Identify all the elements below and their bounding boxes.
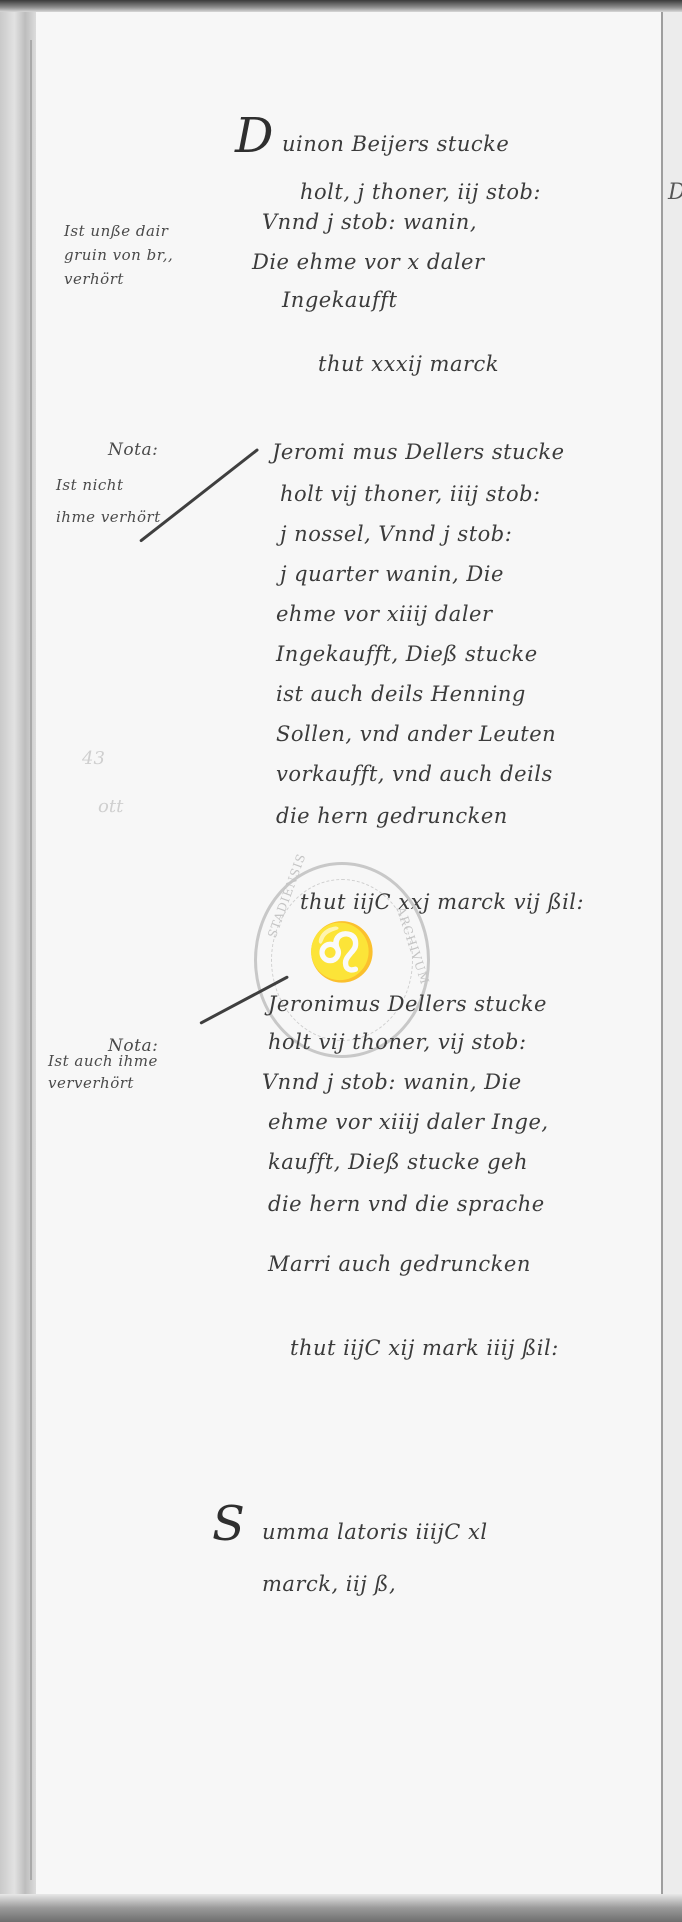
margin-note-line: ververhört — [48, 1074, 134, 1092]
entry-line: die hern vnd die sprache — [268, 1192, 545, 1216]
next-page-sliver — [663, 10, 682, 1900]
entry-total: thut xxxij marck — [318, 352, 499, 376]
entry-line: holt vij thoner, vij stob: — [268, 1030, 527, 1054]
entry-line: holt, j thoner, iij stob: — [300, 180, 541, 204]
top-page-edge — [0, 0, 682, 12]
decorated-initial: S — [212, 1500, 245, 1548]
entry-line: Vnnd j stob: wanin, — [262, 210, 477, 234]
entry-line: j quarter wanin, Die — [280, 562, 504, 586]
margin-note-line: Ist nicht — [56, 476, 123, 494]
entry-line: Sollen, vnd ander Leuten — [276, 722, 556, 746]
entry-line: holt vij thoner, iiij stob: — [280, 482, 541, 506]
spine-edge-line — [30, 40, 32, 1880]
entry-line: Vnnd j stob: wanin, Die — [262, 1070, 522, 1094]
decorated-initial: D — [235, 112, 273, 160]
entry-line: Jeronimus Dellers stucke — [268, 992, 547, 1016]
lion-emblem-icon: ♌ — [307, 925, 377, 981]
entry-line: Die ehme vor x daler — [252, 250, 485, 274]
margin-note-line: ihme verhört — [56, 508, 161, 526]
margin-note-line: verhört — [64, 270, 124, 288]
entry-total: thut iijC xij mark iiij ßil: — [290, 1336, 559, 1360]
entry-line: vorkaufft, vnd auch deils — [276, 762, 553, 786]
bleed-through-mark: ott — [98, 796, 123, 817]
margin-note-line: Ist unße dair — [64, 222, 168, 240]
entry-line: ehme vor xiiij daler Inge, — [268, 1110, 549, 1134]
entry-line: Ingekaufft, Dieß stucke — [276, 642, 538, 666]
entry-line: Jeromi mus Dellers stucke — [272, 440, 565, 464]
entry-line: uinon Beijers stucke — [282, 132, 509, 156]
entry-line: ehme vor xiiij daler — [276, 602, 493, 626]
entry-line: kaufft, Dieß stucke geh — [268, 1150, 528, 1174]
entry-line: die hern gedruncken — [276, 804, 508, 828]
next-page-fragment: D — [668, 180, 682, 205]
nota-label: Nota: — [108, 440, 158, 460]
entry-line: ist auch deils Henning — [276, 682, 526, 706]
bleed-through-mark: 43 — [82, 748, 105, 769]
entry-line: Ingekaufft — [282, 288, 397, 312]
manuscript-scan: D 43 ott D uinon Beijers stucke holt, j … — [0, 0, 682, 1922]
summa-line: marck, iij ß, — [262, 1572, 396, 1596]
margin-note-line: gruin von br,, — [64, 246, 173, 264]
entry-line: j nossel, Vnnd j stob: — [280, 522, 512, 546]
margin-note-line: Ist auch ihme — [48, 1052, 158, 1070]
archive-stamp: STADIENSIS ARCHIVUM ♌ — [254, 862, 430, 1058]
bottom-page-edge — [0, 1894, 682, 1922]
summa-line: umma latoris iiijC xl — [262, 1520, 488, 1544]
entry-line: Marri auch gedruncken — [268, 1252, 531, 1276]
